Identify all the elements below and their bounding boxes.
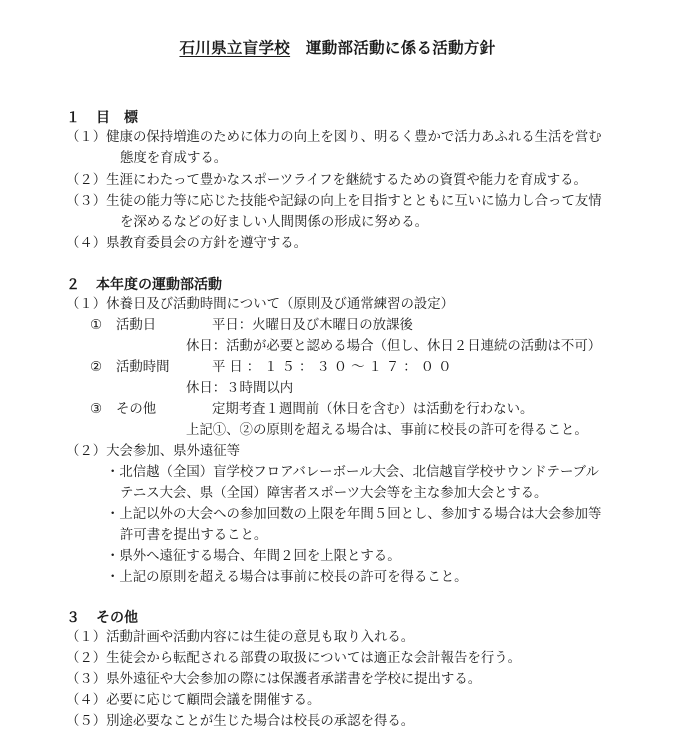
s2-bullet-3: ・県外へ遠征する場合、年間２回を上限とする。 [106,547,401,567]
item-text: 別途必要なことが生じた場合は校長の承認を得る。 [106,714,414,729]
document-title: 石川県立盲学校 運動部活動に係る活動方針 [0,36,675,58]
s1-item-4: （４）県教育委員会の方針を遵守する。 [66,234,307,254]
title-school-name: 石川県立盲学校 [179,39,290,57]
section-title: 目 標 [96,110,138,126]
s1-item-2: （２）生涯にわたって豊かなスポーツライフを継続するための資質や能力を育成する。 [66,171,587,191]
item-text: 必要に応じて顧問会議を開催する。 [106,693,320,708]
s1-item-3-cont: を深めるなどの好ましい人間関係の形成に努める。 [120,213,428,233]
sub-text: 定期考査１週間前（休日を含む）は活動を行わない。 [212,402,533,417]
sub-marker: ③ [90,400,116,420]
item-marker: （１） [66,130,106,145]
s1-item-3: （３）生徒の能力等に応じた技能や記録の向上を目指すとともに互いに協力し合って友情 [66,192,602,212]
s3-item-4: （４）必要に応じて顧問会議を開催する。 [66,691,320,711]
s3-item-5: （５）別途必要なことが生じた場合は校長の承認を得る。 [66,712,414,732]
sub-marker: ② [90,358,116,378]
s2-item-2: （２）大会参加、県外遠征等 [66,442,240,462]
item-text: 県教育委員会の方針を遵守する。 [106,236,307,251]
title-policy: 運動部活動に係る活動方針 [306,39,496,57]
section-number: ３ [66,608,96,628]
s2-bullet-4: ・上記の原則を超える場合は事前に校長の許可を得ること。 [106,568,468,588]
s2-sub-3: ③その他定期考査１週間前（休日を含む）は活動を行わない。 [90,400,533,420]
item-marker: （２） [66,173,106,188]
item-text: 生涯にわたって豊かなスポーツライフを継続するための資質や能力を育成する。 [106,173,587,188]
s2-bullet-1-cont: テニス大会、県（全国）障害者スポーツ大会等を主な参加大会とする。 [120,484,547,504]
sub-label: 活動時間 [116,358,212,378]
item-text: 大会参加、県外遠征等 [106,444,240,459]
s2-sub-2-cont: 休日：３時間以内 [186,379,293,399]
item-marker: （２） [66,651,106,666]
section-title: その他 [96,610,138,626]
sub-marker: ① [90,316,116,336]
s2-sub-1: ①活動日平日：火曜日及び木曜日の放課後 [90,316,413,336]
item-marker: （１） [66,297,106,312]
sub-label: 活動日 [116,316,212,336]
s3-item-1: （１）活動計画や活動内容には生徒の意見も取り入れる。 [66,628,414,648]
s3-item-2: （２）生徒会から転配される部費の取扱については適正な会計報告を行う。 [66,649,521,669]
s1-item-1-cont: 態度を育成する。 [120,149,227,169]
item-text: 健康の保持増進のために体力の向上を図り、明るく豊かで活力あふれる生活を営む [106,130,601,145]
section-3-heading: ３その他 [66,608,138,628]
item-marker: （３） [66,672,106,687]
s1-item-1: （１）健康の保持増進のために体力の向上を図り、明るく豊かで活力あふれる生活を営む [66,128,602,148]
sub-label: その他 [116,400,212,420]
section-number: ２ [66,275,96,295]
item-text: 休養日及び活動時間について（原則及び通常練習の設定） [106,297,454,312]
item-marker: （１） [66,630,106,645]
s2-bullet-1: ・北信越（全国）盲学校フロアバレーボール大会、北信越盲学校サウンドテーブル [106,463,599,483]
s2-bullet-2-cont: 許可書を提出すること。 [120,526,267,546]
s2-item-1: （１）休養日及び活動時間について（原則及び通常練習の設定） [66,295,454,315]
item-marker: （５） [66,714,106,729]
item-marker: （２） [66,444,106,459]
s2-sub-1-cont: 休日：活動が必要と認める場合（但し、休日２日連続の活動は不可） [186,337,601,357]
item-text: 活動計画や活動内容には生徒の意見も取り入れる。 [106,630,414,645]
s2-sub-3-cont: 上記①、②の原則を超える場合は、事前に校長の許可を得ること。 [186,421,588,441]
item-text: 生徒の能力等に応じた技能や記録の向上を目指すとともに互いに協力し合って友情 [106,194,601,209]
item-text: 生徒会から転配される部費の取扱については適正な会計報告を行う。 [106,651,521,666]
sub-text: 平日：１５：３０～１７：００ [212,360,455,375]
section-1-heading: １目 標 [66,108,138,128]
item-marker: （４） [66,693,106,708]
item-marker: （３） [66,194,106,209]
section-number: １ [66,108,96,128]
sub-text: 平日：火曜日及び木曜日の放課後 [212,318,413,333]
item-text: 県外遠征や大会参加の際には保護者承諾書を学校に提出する。 [106,672,481,687]
s2-bullet-2: ・上記以外の大会への参加回数の上限を年間５回とし、参加する場合は大会参加等 [106,505,601,525]
section-2-heading: ２本年度の運動部活動 [66,275,222,295]
s2-sub-2: ②活動時間平日：１５：３０～１７：００ [90,358,455,378]
s3-item-3: （３）県外遠征や大会参加の際には保護者承諾書を学校に提出する。 [66,670,481,690]
section-title: 本年度の運動部活動 [96,277,222,293]
item-marker: （４） [66,236,106,251]
